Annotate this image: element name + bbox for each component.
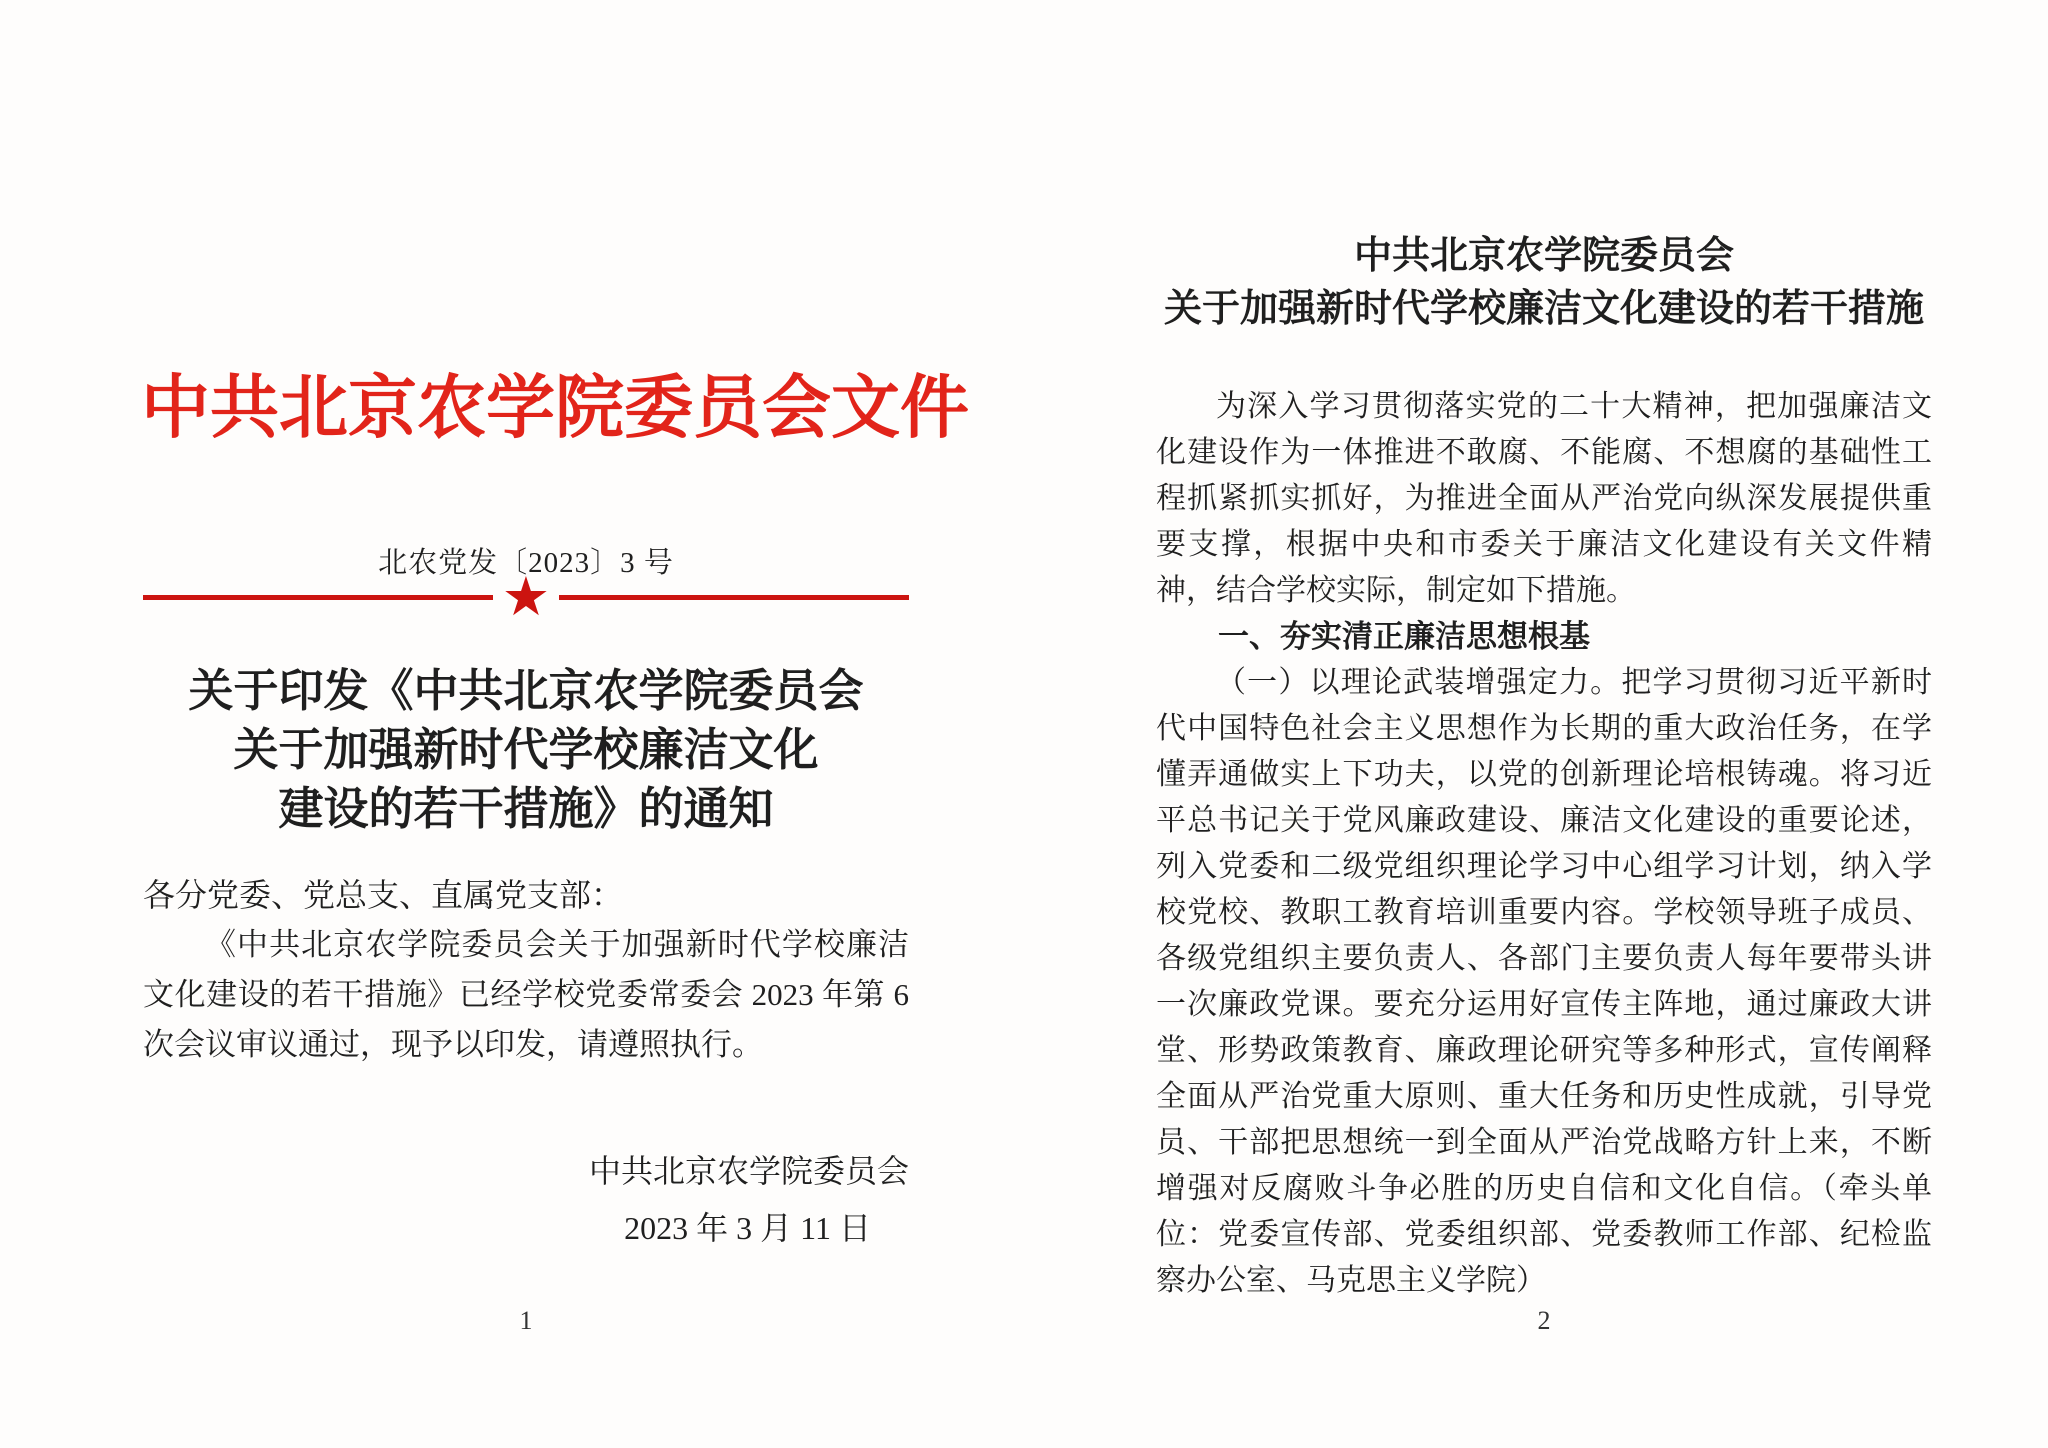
letterhead-divider: ★ [143,568,909,626]
issue-date: 2023 年 3 月 11 日 [143,1203,871,1249]
notice-body-paragraph: 《中共北京农学院委员会关于加强新时代学校廉洁文化建设的若干措施》已经学校党委常委… [143,920,909,1070]
page-number-2: 2 [1156,1306,1932,1336]
divider-line-left [143,595,493,600]
measures-title: 中共北京农学院委员会 关于加强新时代学校廉洁文化建设的若干措施 [1156,230,1932,336]
divider-line-right [559,595,909,600]
section-1-paragraph: （一）以理论武装增强定力。把学习贯彻习近平新时代中国特色社会主义思想作为长期的重… [1156,660,1932,1304]
red-letterhead-title: 中共北京农学院委员会文件 [141,352,911,451]
measures-body: 为深入学习贯彻落实党的二十大精神，把加强廉洁文化建设作为一体推进不敢腐、不能腐、… [1156,384,1932,1304]
issuing-authority-signature: 中共北京农学院委员会 [143,1146,909,1192]
page-1: 中共北京农学院委员会文件 北农党发〔2023〕3 号 ★ 关于印发《中共北京农学… [0,0,1024,1448]
section-1-heading: 一、夯实清正廉洁思想根基 [1156,614,1932,660]
document-spread: 中共北京农学院委员会文件 北农党发〔2023〕3 号 ★ 关于印发《中共北京农学… [0,0,2048,1448]
intro-paragraph: 为深入学习贯彻落实党的二十大精神，把加强廉洁文化建设作为一体推进不敢腐、不能腐、… [1156,384,1932,614]
measures-title-line-1: 中共北京农学院委员会 [1156,230,1932,283]
notice-body: 各分党委、党总支、直属党支部： 《中共北京农学院委员会关于加强新时代学校廉洁文化… [143,870,909,1070]
notice-title-line-1: 关于印发《中共北京农学院委员会 [141,662,911,721]
notice-title-line-3: 建设的若干措施》的通知 [141,780,911,839]
notice-title-line-2: 关于加强新时代学校廉洁文化 [141,721,911,780]
notice-title: 关于印发《中共北京农学院委员会 关于加强新时代学校廉洁文化 建设的若干措施》的通… [141,662,911,839]
measures-title-line-2: 关于加强新时代学校廉洁文化建设的若干措施 [1156,283,1932,336]
page-number-1: 1 [143,1306,909,1336]
page-2: 中共北京农学院委员会 关于加强新时代学校廉洁文化建设的若干措施 为深入学习贯彻落… [1024,0,2048,1448]
star-icon: ★ [502,568,550,626]
salutation: 各分党委、党总支、直属党支部： [143,870,909,920]
